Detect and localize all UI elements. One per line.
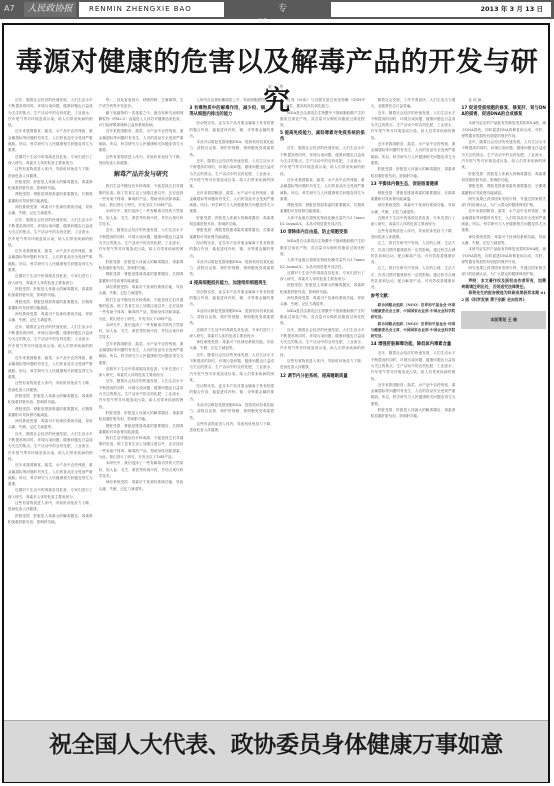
column-3: 人体内自由基积累明显上升，导致细胞损伤。 3 有毒物质中的解毒作用，减少铅、镉、… [189, 97, 274, 707]
paragraph: 属于致癌物的一类毒素之中，最近有研究表明细颗粒物（PM2.5）直接进入人体后对健… [99, 110, 184, 129]
subsection-heading: 17 促进受损细胞的修复，修复肝、肾与DNA的损害，促进DNA的合成修复 [461, 106, 546, 118]
paragraph: 近年来我国粮食、蔬菜、水产品中农药残留、重金属超标等问题时有发生，人们的食品安全… [99, 128, 184, 153]
paragraph: 肝脏受损：肝脏是人体最大的解毒器官，毒素堆积加重肝脏负担，影响肝功能。 [371, 407, 456, 420]
paragraph: 近年，随着社会经济的快速发展，人们生活水平不断提高的同时，环境污染问题、健康问题… [189, 352, 274, 383]
masthead: A7 人民政协报 RENMIN ZHENGXIE BAO 专版 2013 年 3… [0, 0, 554, 19]
paragraph: 本品可以修复受损细胞DNA，提高机体抗氧化能力，清除自由基，保护肝细胞、肾细胞免… [189, 259, 274, 278]
paragraph: 神经系统受损：毒素可干扰神经系统功能，导致头痛、失眠、记忆力减退等。 [280, 295, 365, 308]
article-byline: 宋 秀 [0, 84, 554, 90]
copyright-statement: 声明：本文著作权及版权由作者所有，如需转载请注明出处，否则追究法律责任。 [461, 278, 546, 291]
author-note: 联合国粮农组织（NGO）世界和平基金会·环保与健康委员会主席、中国国家农业部·中… [371, 321, 456, 340]
paragraph: 肾脏受损：肾脏是排泄毒素的重要器官，长期毒素蓄积可导致肾功能减退。 [8, 406, 93, 419]
paragraph: 肾脏受损：肾脏是排泄毒素的重要器官，长期毒素蓄积可导致肾功能减退。 [280, 202, 365, 215]
paragraph: 这些有害物质进入体内，导致机体免疫力下降，进而危害人体健康。 [99, 154, 184, 167]
paragraph: 近年来我国粮食、蔬菜、水产品中农药残留、重金属超标等问题时有发生，人们的食品安全… [371, 382, 456, 407]
issue-date: 2013 年 3 月 13 日 [331, 2, 551, 17]
paragraph: MDA是自由基攻击生物膜中不饱和脂肪酸产生的脂质过氧化产物，其含量可反映机体脂质… [280, 308, 365, 327]
paragraph: 本研究证实的产品能有效修复受损的DNA链，减少DNA损伤，同时促进DNA的修复和… [461, 120, 546, 139]
column-6: 化 疾 病 。 17 促进受损细胞的修复，修复肝、肾与DNA的损害，促进DNA的… [461, 97, 546, 707]
article-body: 近年，随着社会经济的快速发展，人们生活水平不断提高的同时，环境污染问题、健康问题… [8, 97, 546, 707]
newspaper-pinyin: RENMIN ZHENGXIE BAO [79, 2, 224, 17]
newspaper-logo: 人民政协报 [24, 2, 76, 17]
paragraph: 近年，随着社会经济的快速发展，人们生活水平不断提高的同时，环境污染问题、健康问题… [189, 158, 274, 189]
paragraph: 肾脏受损：肾脏是排泄毒素的重要器官，长期毒素蓄积可导致肾功能减退。 [189, 227, 274, 240]
author-note: 联合国粮农组织（NGO）世界和平基金会·环保与健康委员会主席、中国国家农业部·中… [371, 302, 456, 321]
paragraph: 近年来我国粮食、蔬菜、水产品中农药残留、重金属超标等问题时有发生，人们的食品安全… [371, 141, 456, 166]
paragraph: 近年，随着社会经济的快速发展，人们生活水平不断提高的同时，环境污染问题、健康问题… [99, 378, 184, 409]
paragraph: 近期对于生活中的毒源及其危害，专家们进行了深入研究，毒素对人体的危害主要表现为： [8, 487, 93, 500]
column-1: 近年，随着社会经济的快速发展，人们生活水平不断提高的同时，环境污染问题、健康问题… [8, 97, 93, 707]
paragraph: 研究成果已获得国家发明专利，并通过国家相关部门的检测认证，为广大群众的健康保驾护… [461, 265, 546, 278]
paragraph: 近期对于生活中的毒源及其危害，专家们进行了深入研究，毒素对人体的危害主要表现为： [99, 366, 184, 379]
subsection-heading: 13 平衡体内微生态，促进肠道健康 [371, 182, 456, 188]
paragraph: 人体中血液总超氧化物歧化酶含量约为1.7mmol/L-2mmol/L，本品可明显… [280, 215, 365, 228]
paragraph: 这些有害物质进入体内，导致机体免疫力下降，进而危害人体健康。 [8, 500, 93, 513]
paragraph: 等），其危害表现为：呼吸抑制、生殖障碍、生产或外伤等多发症状。 [99, 97, 184, 110]
paragraph: 近年，随着社会经济的快速发展，人们生活水平不断提高的同时，环境污染问题、健康问题… [371, 110, 456, 141]
paragraph: 神经系统受损：毒素可干扰神经系统功能，导致头痛、失眠、记忆力减退等。 [8, 418, 93, 431]
paragraph: 近年来我国粮食、蔬菜、水产品中农药残留、重金属超标等问题时有发生，人们的食品安全… [8, 128, 93, 153]
paragraph: 神经系统受损：毒素可干扰神经系统功能，导致头痛、失眠、记忆力减退等。 [99, 284, 184, 297]
paragraph: 经动物实验，证实本产品对重金属离子具有较强的螯合作用，能促进体内铅、镉、汞等重金… [189, 240, 274, 259]
paragraph: 近年来我国粮食、蔬菜、水产品中农药残留、重金属超标等问题时有发生，人们的食品安全… [189, 190, 274, 215]
paragraph: 神经系统受损：毒素可干扰神经系统功能，导致头痛、失眠、记忆力减退等。 [371, 202, 456, 215]
paragraph: 化剂（SOD）与谷胱甘肽过氧化物酶（GSH-Px）活性，提高机体抗氧化能力。 [280, 97, 365, 110]
paragraph: 神经系统受损：毒素可干扰神经系统功能，导致头痛、失眠、记忆力减退等。 [8, 311, 93, 324]
paragraph: 近年，随着社会经济的快速发展，人们生活水平不断提高的同时，环境污染问题、健康问题… [8, 97, 93, 128]
paragraph: 本研究中，我们选择了一些有解毒功效的天然原料，如人参、灵芝、黄芪等传统中药，并结… [99, 460, 184, 479]
paragraph: 这些有害物质进入体内，导致机体免疫力下降，进而危害人体健康。 [8, 166, 93, 179]
paragraph: 肝脏受损：肝脏是人体最大的解毒器官，毒素堆积加重肝脏负担，影响肝功能。 [8, 179, 93, 192]
paragraph: 肝脏受损：肝脏是人体最大的解毒器官，毒素堆积加重肝脏负担，影响肝功能。 [461, 171, 546, 184]
paragraph: 近年，随着社会经济的快速发展，人们生活水平不断提高的同时，环境污染问题、健康问题… [371, 350, 456, 381]
paragraph: 神经系统受损：毒素可干扰神经系统功能，导致头痛、失眠、记忆力减退等。 [189, 339, 274, 352]
paragraph: 肾脏受损：肾脏是排泄毒素的重要器官，长期毒素蓄积可导致肾功能减退。 [99, 271, 184, 284]
paragraph: 我们生活中随处有多种毒源，不能忽视它们对健康的危害。除了饮食生活上加强注意以外，… [99, 297, 184, 322]
paragraph: 肾脏受损：肾脏是排泄毒素的重要器官，长期毒素蓄积可导致肾功能减退。 [99, 423, 184, 436]
paragraph: 近年来我国粮食、蔬菜、水产品中农药残留、重金属超标等问题时有发生，人们的食品安全… [8, 462, 93, 487]
paragraph: 近年，随着社会经济的快速发展，人们生活水平不断提高的同时，环境污染问题、健康问题… [8, 324, 93, 355]
paragraph: 我们生活中随处有多种毒源，不能忽视它们对健康的危害。除了饮食生活上加强注意以外，… [99, 183, 184, 208]
paragraph: 这些有害物质进入体内，导致机体免疫力下降，进而危害人体健康。 [280, 358, 365, 371]
paragraph: 近年，随着社会经济的快速发展，人们生活水平不断提高的同时，环境污染问题、健康问题… [8, 217, 93, 248]
paragraph: 近年，随着社会经济的快速发展，人们生活水平不断提高的同时，环境污染问题、健康问题… [99, 227, 184, 258]
paragraph: 肝脏受损：肝脏是人体最大的解毒器官，毒素堆积加重肝脏负担，影响肝功能。 [99, 259, 184, 272]
paragraph: 近期对于生活中的毒源及其危害，专家们进行了深入研究，毒素对人体的危害主要表现为： [8, 154, 93, 167]
paragraph: 本研究中，我们选择了一些有解毒功效的天然原料，如人参、灵芝、黄芪等传统中药，并结… [99, 208, 184, 227]
notes-title: 参考文献： [371, 294, 456, 300]
paragraph: 近年来我国粮食、蔬菜、水产品中农药残留、重金属超标等问题时有发生，人们的食品安全… [99, 341, 184, 366]
paragraph: 肾脏受损：肾脏是排泄毒素的重要器官，长期毒素蓄积可导致肾功能减退。 [371, 190, 456, 203]
subsection-heading: 3 有毒物质中的解毒作用，减少铅、镉、汞等从细胞内排出的能力 [189, 106, 274, 118]
footer-banner: 祝全国人大代表、政协委员身体健康万事如意 [4, 720, 548, 782]
paragraph: 经动物实验，证实本产品对重金属离子具有较强的螯合作用，能促进体内铅、镉、汞等重金… [189, 120, 274, 139]
column-2: 等），其危害表现为：呼吸抑制、生殖障碍、生产或外伤等多发症状。 属于致癌物的一类… [99, 97, 184, 707]
paragraph: 近期对于生活中的毒源及其危害，专家们进行了深入研究，毒素对人体的危害主要表现为： [8, 273, 93, 286]
paragraph: 本品可以修复受损细胞DNA，提高机体抗氧化能力，清除自由基，保护肝细胞、肾细胞免… [189, 139, 274, 158]
column-5: 随着社会发展，工作节奏加快，人们生活压力增大，亚健康状态日益普遍。 近年，随着社… [371, 97, 456, 707]
editor-credit: 本版策划 王 楠 [461, 311, 546, 329]
paragraph: 近年来我国粮食、蔬菜、水产品中农药残留、重金属超标等问题时有发生，人们的食品安全… [461, 208, 546, 233]
page-number: A7 [4, 4, 15, 13]
paragraph: 肝脏受损：肝脏是人体最大的解毒器官，毒素堆积加重肝脏负担，影响肝功能。 [371, 166, 456, 179]
paragraph: 经动物实验，证实本产品对重金属离子具有较强的螯合作用，能促进体内铅、镉、汞等重金… [189, 289, 274, 308]
paragraph: 随着社会发展，工作节奏加快，人们生活压力增大，亚健康状态日益普遍。 [371, 97, 456, 110]
paragraph: 近年来我国粮食、蔬菜、水产品中农药残留、重金属超标等问题时有发生，人们的食品安全… [280, 177, 365, 202]
contact-note: 恭贺先生的报告被选为科研成果获奖本期 812 版《科学发展 勇于创新 走向世界》 [461, 290, 546, 303]
paragraph: 近年来我国粮食、蔬菜、水产品中农药残留、重金属超标等问题时有发生，人们的食品安全… [8, 355, 93, 380]
subsection-heading: 4 提高细胞抵抗能力，加速组织细胞再生 [189, 281, 274, 287]
paragraph: 总之，我们在研究中发现，人们的心理、生活方式、饮食习惯对健康都有一定的影响。通过… [371, 240, 456, 265]
paragraph: 肝脏受损：肝脏是人体最大的解毒器官，毒素堆积加重肝脏负担，影响肝功能。 [8, 393, 93, 406]
paragraph: 这些有害物质进入体内，导致机体免疫力下降，进而危害人体健康。 [371, 228, 456, 241]
paragraph: MDA是自由基攻击生物膜中不饱和脂肪酸产生的脂质过氧化产物，其含量可反映机体脂质… [280, 110, 365, 129]
paragraph: 经动物实验，证实本产品对重金属离子具有较强的螯合作用，能促进体内铅、镉、汞等重金… [189, 383, 274, 402]
paragraph: 近期对于生活中的毒源及其危害，专家们进行了深入研究，毒素对人体的危害主要表现为： [371, 215, 456, 228]
paragraph: 本研究证实的产品能有效修复受损的DNA链，减少DNA损伤，同时促进DNA的修复和… [461, 246, 546, 265]
paragraph: 近年，随着社会经济的快速发展，人们生活水平不断提高的同时，环境污染问题、健康问题… [280, 145, 365, 176]
paragraph: 肝脏受损：肝脏是人体最大的解毒器官，毒素堆积加重肝脏负担，影响肝功能。 [280, 282, 365, 295]
subsection-heading: 5 提高免疫能力，减轻毒素对免疫系统的损伤 [280, 131, 365, 143]
paragraph: MDA是自由基攻击生物膜中不饱和脂肪酸产生的脂质过氧化产物，其含量可反映机体脂质… [280, 238, 365, 257]
subsection-heading: 14 增强肝脏解毒功能，降低体内毒素含量 [371, 342, 456, 348]
paragraph: 近期对于生活中的毒源及其危害，专家们进行了深入研究，毒素对人体的危害主要表现为： [189, 327, 274, 340]
paragraph: 近年，随着社会经济的快速发展，人们生活水平不断提高的同时，环境污染问题、健康问题… [461, 139, 546, 170]
paragraph: 近年来我国粮食、蔬菜、水产品中农药残留、重金属超标等问题时有发生，人们的食品安全… [8, 248, 93, 273]
paragraph: 近期对于生活中的毒源及其危害，专家们进行了深入研究，毒素对人体的危害主要表现为： [280, 270, 365, 283]
column-4: 化剂（SOD）与谷胱甘肽过氧化物酶（GSH-Px）活性，提高机体抗氧化能力。 M… [280, 97, 365, 707]
paragraph: 肝脏受损：肝脏是人体最大的解毒器官，毒素堆积加重肝脏负担，影响肝功能。 [99, 410, 184, 423]
paragraph: 肾脏受损：肾脏是排泄毒素的重要器官，长期毒素蓄积可导致肾功能减退。 [461, 183, 546, 196]
paragraph: 总之，我们在研究中发现，人们的心理、生活方式、饮食习惯对健康都有一定的影响。通过… [371, 265, 456, 290]
paragraph: 化 疾 病 。 [461, 97, 546, 103]
subsection-heading: 10 清除体内自由基，防止细胞受损 [280, 230, 365, 236]
paragraph: 本研究中，我们选择了一些有解毒功效的天然原料，如人参、灵芝、黄芪等传统中药，并结… [99, 322, 184, 341]
paragraph: 人体中血液总超氧化物歧化酶含量约为1.7mmol/L-2mmol/L，本品可明显… [280, 257, 365, 270]
paragraph: 神经系统受损：毒素可干扰神经系统功能，导致头痛、失眠、记忆力减退等。 [461, 234, 546, 247]
paragraph: 神经系统受损：毒素可干扰神经系统功能，导致头痛、失眠、记忆力减退等。 [8, 204, 93, 217]
paragraph: 肾脏受损：肾脏是排泄毒素的重要器官，长期毒素蓄积可导致肾功能减退。 [8, 191, 93, 204]
paragraph: 本品可以修复受损细胞DNA，提高机体抗氧化能力，清除自由基，保护肝细胞、肾细胞免… [189, 308, 274, 327]
paragraph: 肝脏受损：肝脏是人体最大的解毒器官，毒素堆积加重肝脏负担，影响肝功能。 [8, 286, 93, 299]
paragraph: 这些有害物质进入体内，导致机体免疫力下降，进而危害人体健康。 [189, 421, 274, 434]
paragraph: 近年，随着社会经济的快速发展，人们生活水平不断提高的同时，环境污染问题、健康问题… [280, 327, 365, 358]
paragraph: 肾脏受损：肾脏是排泄毒素的重要器官，长期毒素蓄积可导致肾功能减退。 [8, 299, 93, 312]
paragraph: 肝脏受损：肝脏是人体最大的解毒器官，毒素堆积加重肝脏负担，影响肝功能。 [8, 513, 93, 526]
paragraph: 本品可以修复受损细胞DNA，提高机体抗氧化能力，清除自由基，保护肝细胞、肾细胞免… [189, 402, 274, 421]
paragraph: 近年，随着社会经济的快速发展，人们生活水平不断提高的同时，环境污染问题、健康问题… [8, 431, 93, 462]
paragraph: 神经系统受损：毒素可干扰神经系统功能，导致头痛、失眠、记忆力减退等。 [99, 479, 184, 492]
section-title: 解毒产品开发与研究 [99, 171, 184, 179]
footer-slogan: 祝全国人大代表、政协委员身体健康万事如意 [4, 726, 548, 759]
paragraph: 研究成果已获得国家发明专利，并通过国家相关部门的检测认证，为广大群众的健康保驾护… [461, 196, 546, 209]
paragraph: 人体内自由基积累明显上升，导致细胞损伤。 [189, 97, 274, 103]
paragraph: 肝脏受损：肝脏是人体最大的解毒器官，毒素堆积加重肝脏负担，影响肝功能。 [189, 215, 274, 228]
paragraph: 我们生活中随处有多种毒源，不能忽视它们对健康的危害。除了饮食生活上加强注意以外，… [99, 435, 184, 460]
section-label: 专版 [230, 2, 335, 17]
paragraph: 这些有害物质进入体内，导致机体免疫力下降，进而危害人体健康。 [8, 380, 93, 393]
subsection-heading: 12 调节内分泌系统，提高睡眠质量 [280, 374, 365, 380]
